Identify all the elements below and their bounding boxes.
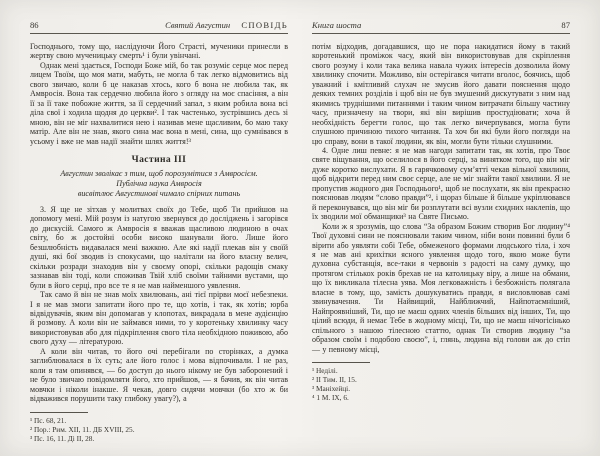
running-chapter-title: Книга шоста: [312, 20, 361, 30]
paragraph: Однак мені здається, Господи Боже мій, б…: [30, 61, 288, 146]
header-rule-left: [30, 33, 288, 34]
page-number-right: 87: [561, 20, 570, 30]
paragraph-continuation: потім відходив, догадавшися, що не пора …: [312, 42, 570, 146]
footnote: ¹ Пс. 68, 21.: [30, 416, 288, 425]
paragraph: Так само й він не знав моїх хвилювань, а…: [30, 290, 288, 347]
running-book-title: СПОВІДЬ: [241, 20, 288, 30]
section-heading: Частина III: [30, 154, 288, 165]
subtitle-line: висвітлює Августинові чимало спірних пит…: [30, 189, 288, 199]
footnote-rule: [312, 362, 370, 363]
footnote: ³ Пс. 16, 11. Ді II, 28.: [30, 434, 288, 443]
paragraph-continuation: Господнього, тому що, наслідуючи Його Ст…: [30, 42, 288, 61]
book-spread: 86 Святий Августин СПОВІДЬ Господнього, …: [0, 0, 600, 456]
footnote: ⁴ 1 М. ІХ, 6.: [312, 393, 570, 402]
subtitle-line: Публічна наука Амвросія: [30, 179, 288, 189]
footnote: ² ІІ Тим. ІІ, 15.: [312, 375, 570, 384]
footnote-rule: [30, 412, 88, 413]
right-page: Книга шоста 87 потім відходив, догадавши…: [300, 0, 600, 456]
footnote: ² Пор.: Рим. XII, 11. ДБ XVIII, 25.: [30, 425, 288, 434]
paragraph: 3. Я ще не зітхав у молитвах своїх до Те…: [30, 205, 288, 290]
header-rule-right: [312, 33, 570, 34]
running-head-left: 86 Святий Августин СПОВІДЬ: [30, 20, 288, 30]
section-subtitle: Августин зволікає з тим, щоб порозумітис…: [30, 169, 288, 199]
page-number-left: 86: [30, 20, 39, 30]
subtitle-line: Августин зволікає з тим, щоб порозумітис…: [30, 169, 288, 179]
left-page: 86 Святий Августин СПОВІДЬ Господнього, …: [0, 0, 300, 456]
paragraph: 4. Одне лиш певне: я не мав нагоди запит…: [312, 146, 570, 222]
footnote: ³ Маніхейці.: [312, 384, 570, 393]
paragraph: Коли ж я зрозумів, що слова “За образом …: [312, 222, 570, 354]
footnotes-right: ¹ Неділі. ² ІІ Тим. ІІ, 15. ³ Маніхейці.…: [312, 362, 570, 402]
paragraph: А коли він читав, то його очі перебігали…: [30, 347, 288, 404]
footnotes-left: ¹ Пс. 68, 21. ² Пор.: Рим. XII, 11. ДБ X…: [30, 412, 288, 443]
running-head-title-group: Святий Августин СПОВІДЬ: [165, 20, 288, 30]
footnote: ¹ Неділі.: [312, 366, 570, 375]
running-author: Святий Августин: [165, 20, 230, 30]
running-head-right: Книга шоста 87: [312, 20, 570, 30]
